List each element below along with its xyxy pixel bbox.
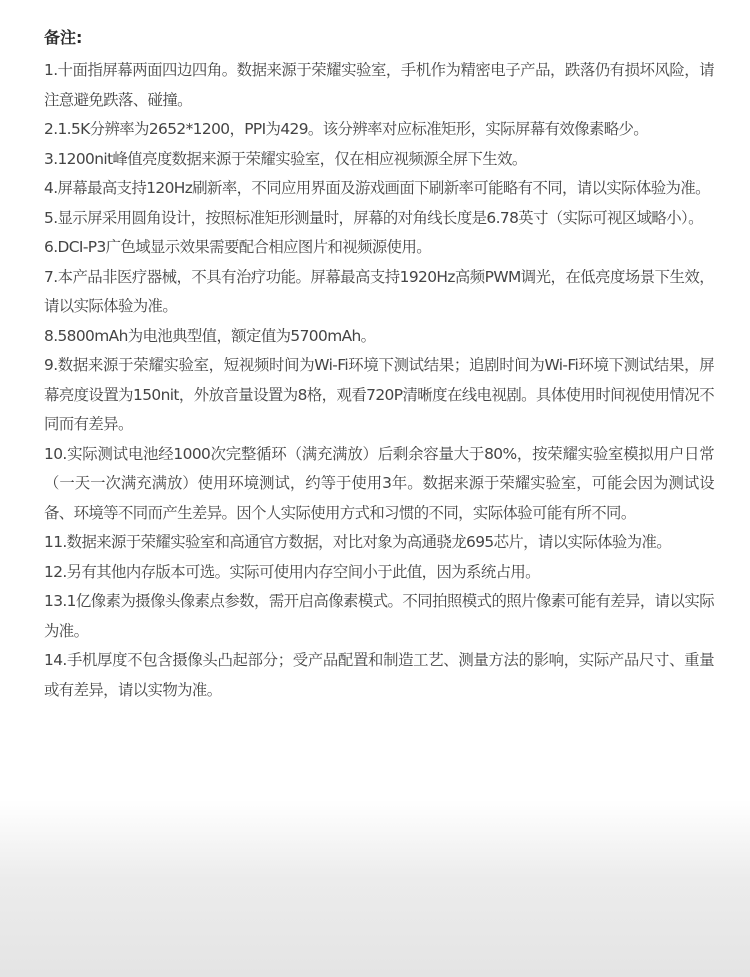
note-item-5: 5.显示屏采用圆角设计，按照标准矩形测量时，屏幕的对角线长度是6.78英寸（实际…	[44, 204, 714, 234]
note-item-14: 14.手机厚度不包含摄像头凸起部分；受产品配置和制造工艺、测量方法的影响，实际产…	[44, 646, 714, 705]
note-item-11: 11.数据来源于荣耀实验室和高通官方数据，对比对象为高通骁龙695芯片，请以实际…	[44, 528, 714, 558]
note-item-4: 4.屏幕最高支持120Hz刷新率，不同应用界面及游戏画面下刷新率可能略有不同，请…	[44, 174, 714, 204]
note-item-3: 3.1200nit峰值亮度数据来源于荣耀实验室，仅在相应视频源全屏下生效。	[44, 145, 714, 175]
note-item-2: 2.1.5K分辨率为2652*1200，PPI为429。该分辨率对应标准矩形，实…	[44, 115, 714, 145]
note-item-12: 12.另有其他内存版本可选。实际可使用内存空间小于此值，因为系统占用。	[44, 558, 714, 588]
notes-section: 备注: 1.十面指屏幕两面四边四角。数据来源于荣耀实验室，手机作为精密电子产品，…	[44, 24, 714, 705]
note-item-10: 10.实际测试电池经1000次完整循环（满充满放）后剩余容量大于80%，按荣耀实…	[44, 440, 714, 529]
note-item-1: 1.十面指屏幕两面四边四角。数据来源于荣耀实验室，手机作为精密电子产品，跌落仍有…	[44, 56, 714, 115]
note-item-7: 7.本产品非医疗器械，不具有治疗功能。屏幕最高支持1920Hz高频PWM调光，在…	[44, 263, 714, 322]
notes-title: 备注:	[44, 24, 714, 52]
note-item-9: 9.数据来源于荣耀实验室，短视频时间为Wi-Fi环境下测试结果；追剧时间为Wi-…	[44, 351, 714, 440]
note-item-6: 6.DCI-P3广色域显示效果需要配合相应图片和视频源使用。	[44, 233, 714, 263]
note-item-13: 13.1亿像素为摄像头像素点参数，需开启高像素模式。不同拍照模式的照片像素可能有…	[44, 587, 714, 646]
note-item-8: 8.5800mAh为电池典型值，额定值为5700mAh。	[44, 322, 714, 352]
